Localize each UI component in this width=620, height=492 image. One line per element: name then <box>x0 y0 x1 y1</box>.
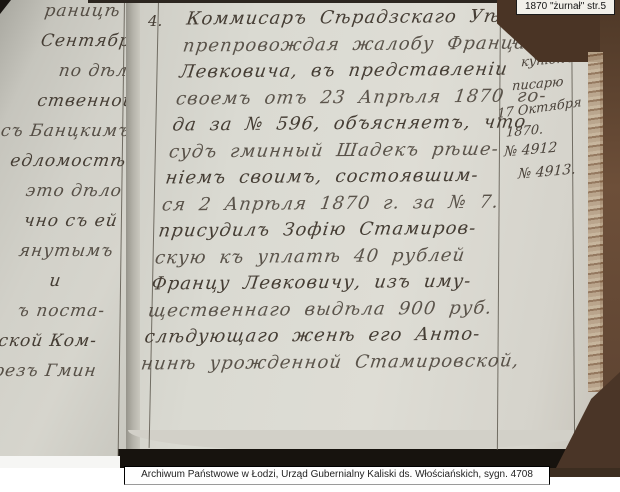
left-page-line: янутымъ <box>0 236 116 266</box>
left-page-line: чно съ ей <box>0 206 120 236</box>
manuscript-line: препровождая жалобу Франца <box>181 30 535 60</box>
left-page-line: и <box>0 266 111 296</box>
manuscript-line: нинѣ урожденной Стамировской, <box>139 348 493 378</box>
left-page-line: ской Ком- <box>0 326 103 356</box>
manuscript-line: щественнаго выдѣла 900 руб. <box>146 295 500 325</box>
manuscript-line: присудилъ Зофію Стамиров- <box>157 215 511 245</box>
manuscript-line: ніемъ своимъ, состоявшим- <box>164 162 518 192</box>
left-page-line: по дѣлу <box>0 56 141 86</box>
left-page-line: это дѣло <box>0 176 124 206</box>
left-page-line: едломостѣ <box>0 146 128 176</box>
left-page-line: ъ поста- <box>0 296 107 326</box>
left-page-line: ственной <box>0 86 137 116</box>
manuscript-line: скую къ уплатѣ 40 рублей <box>153 242 507 272</box>
manuscript-line: ся 2 Апрѣля 1870 г. за № 7. <box>160 189 514 219</box>
book-top-edge <box>88 0 508 3</box>
photo-shadow-fragment <box>547 468 620 477</box>
manuscript-line: да за № 596, объясняетъ, что <box>171 109 525 139</box>
photo-title-label: 1870 "żurnał" str.5 <box>516 0 615 15</box>
manuscript-line: Францу Левковичу, изъ иму- <box>150 268 504 298</box>
main-manuscript-text: Коммисаръ Сѣрадзскаго Уѣзда препровождая… <box>139 3 538 377</box>
manuscript-line: Левковича, въ представленіи <box>178 56 532 86</box>
archival-photo-page: раницѣ ж Сентября по дѣлу ственной ѣсъ Б… <box>0 0 620 492</box>
manuscript-line: слѣдующаго женѣ его Анто- <box>143 321 497 351</box>
manuscript-line: Коммисаръ Сѣрадзскаго Уѣзда <box>185 3 539 33</box>
page-rough-edge <box>588 52 603 392</box>
manuscript-photo: раницѣ ж Сентября по дѣлу ственной ѣсъ Б… <box>0 0 620 468</box>
archive-caption: Archiwum Państwowe w Łodzi, Urząd Gubern… <box>124 466 550 485</box>
left-page: раницѣ ж Сентября по дѣлу ственной ѣсъ Б… <box>0 0 128 458</box>
left-page-line: ѣсъ Банцкимъ <box>0 116 133 146</box>
manuscript-line: судъ гминный Шадекъ рѣше- <box>167 136 521 166</box>
entry-number: 4. <box>148 12 162 30</box>
left-page-line: чрезъ Гмин <box>0 356 99 386</box>
manuscript-line: своемъ отъ 23 Апрѣля 1870 го- <box>174 83 528 113</box>
photo-bottom-left-blank <box>0 456 120 468</box>
